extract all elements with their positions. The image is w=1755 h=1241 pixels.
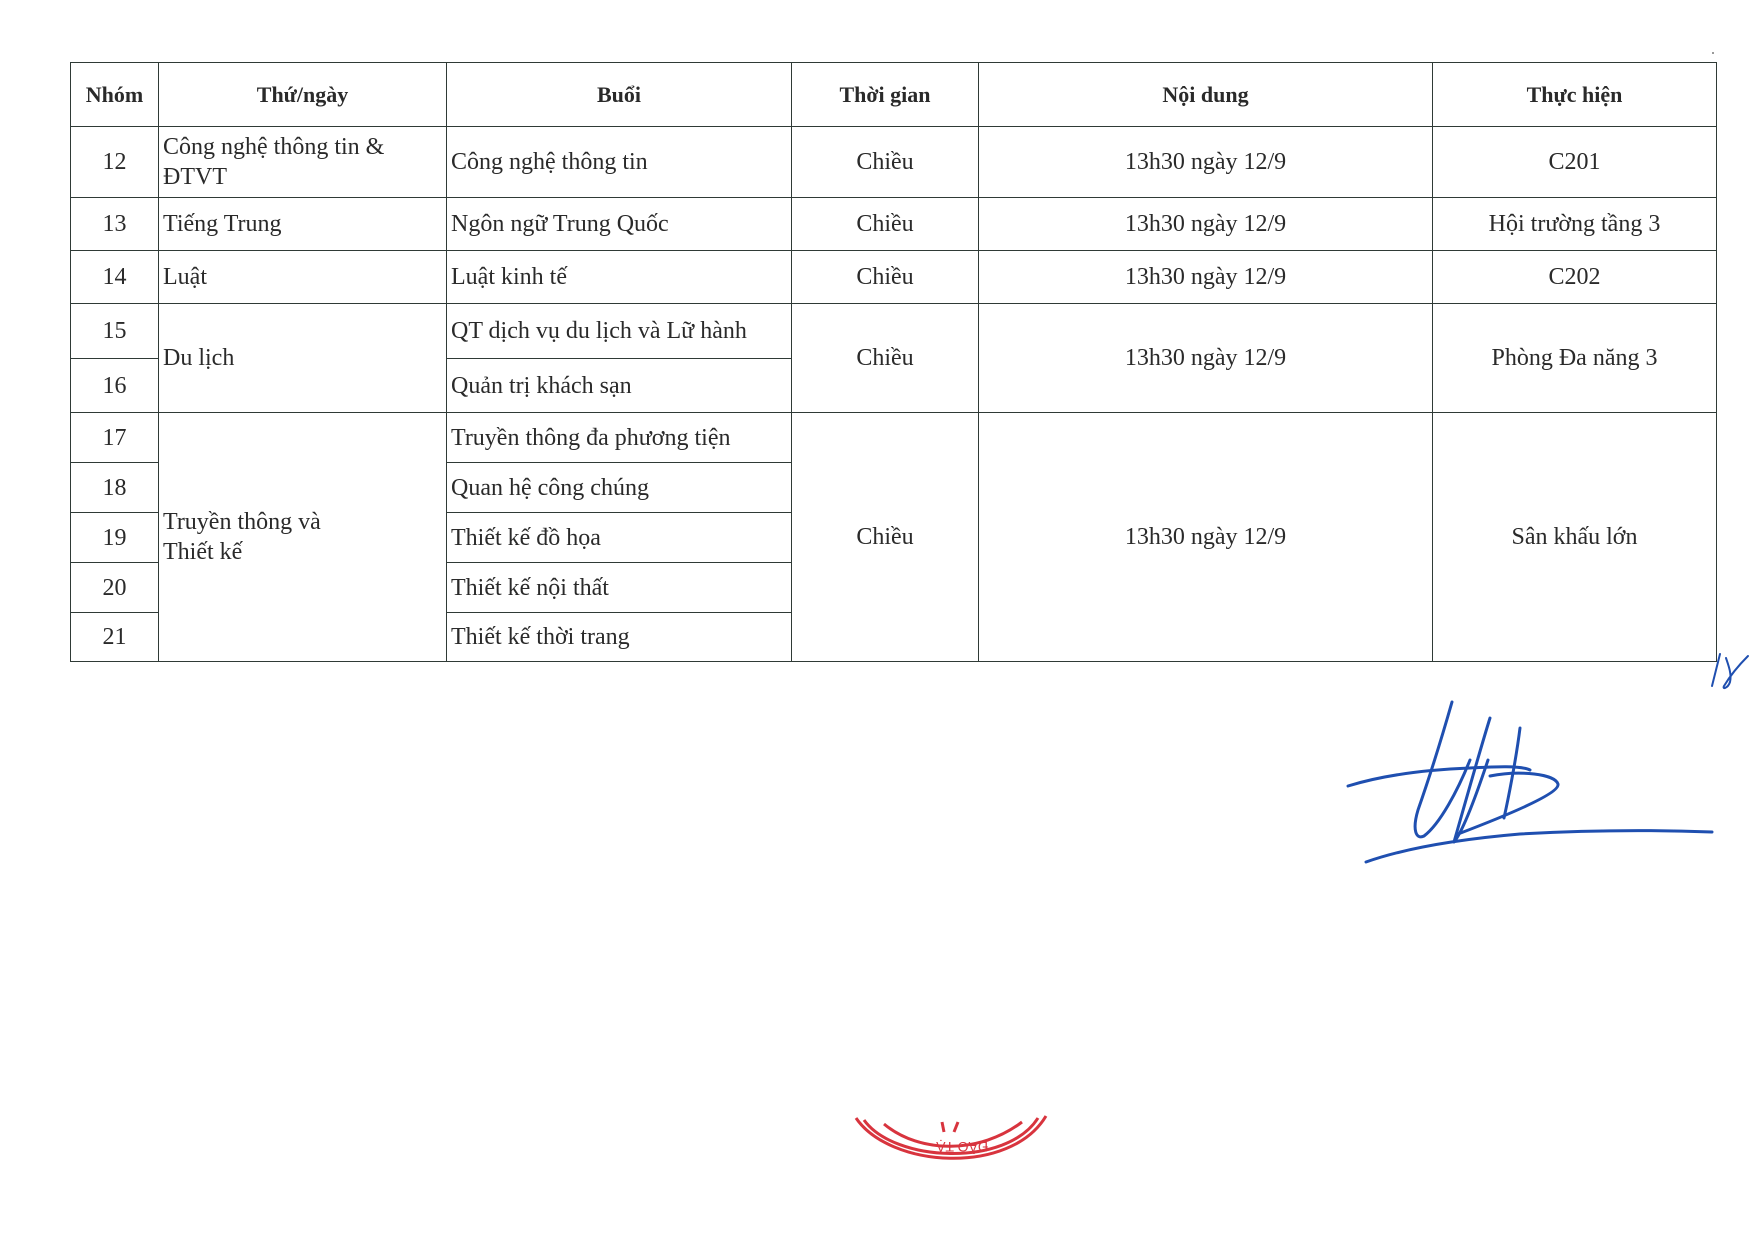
group-number: 15 (71, 304, 159, 359)
time-cell: 13h30 ngày 12/9 (979, 127, 1433, 198)
major-cell: Truyền thông đa phương tiện (447, 413, 792, 463)
group-number: 19 (71, 513, 159, 563)
time-cell: 13h30 ngày 12/9 (979, 251, 1433, 304)
table-row: 14 Luật Luật kinh tế Chiều 13h30 ngày 12… (71, 251, 1717, 304)
group-number: 20 (71, 563, 159, 613)
header-row: Nhóm Thứ/ngày Buổi Thời gian Nội dung Th… (71, 63, 1717, 127)
table-row: 12 Công nghệ thông tin & ĐTVT Công nghệ … (71, 127, 1717, 198)
signature-icon (1340, 690, 1730, 880)
group-number: 18 (71, 463, 159, 513)
header-buoi: Buổi (447, 63, 792, 127)
header-thuc-hien: Thực hiện (1433, 63, 1717, 127)
group-number: 21 (71, 613, 159, 662)
major-cell: Quản trị khách sạn (447, 359, 792, 413)
major-cell: Quan hệ công chúng (447, 463, 792, 513)
venue-cell: Hội trường tầng 3 (1433, 198, 1717, 251)
venue-cell: C201 (1433, 127, 1717, 198)
session-cell: Chiều (792, 198, 979, 251)
group-number: 13 (71, 198, 159, 251)
faculty-cell: Tiếng Trung (159, 198, 447, 251)
faculty-cell: Truyền thông và Thiết kế (159, 413, 447, 662)
session-cell: Chiều (792, 127, 979, 198)
time-cell: 13h30 ngày 12/9 (979, 198, 1433, 251)
stamp-icon: ĐÀO TẠ (850, 1110, 1050, 1180)
initials-icon (1708, 646, 1753, 691)
session-cell: Chiều (792, 251, 979, 304)
stamp-text: ĐÀO TẠ (935, 1139, 988, 1155)
group-number: 16 (71, 359, 159, 413)
time-cell: 13h30 ngày 12/9 (979, 304, 1433, 413)
faculty-cell: Luật (159, 251, 447, 304)
time-cell: 13h30 ngày 12/9 (979, 413, 1433, 662)
group-number: 14 (71, 251, 159, 304)
header-noi-dung: Nội dung (979, 63, 1433, 127)
major-cell: Công nghệ thông tin (447, 127, 792, 198)
table-row: 13 Tiếng Trung Ngôn ngữ Trung Quốc Chiều… (71, 198, 1717, 251)
table-row: 15 Du lịch QT dịch vụ du lịch và Lữ hành… (71, 304, 1717, 359)
venue-cell: C202 (1433, 251, 1717, 304)
major-cell: Ngôn ngữ Trung Quốc (447, 198, 792, 251)
faculty-cell: Công nghệ thông tin & ĐTVT (159, 127, 447, 198)
faculty-cell: Du lịch (159, 304, 447, 413)
session-cell: Chiều (792, 304, 979, 413)
scan-speck (1712, 52, 1714, 54)
venue-cell: Phòng Đa năng 3 (1433, 304, 1717, 413)
major-cell: Thiết kế đồ họa (447, 513, 792, 563)
schedule-table: Nhóm Thứ/ngày Buổi Thời gian Nội dung Th… (70, 62, 1717, 662)
major-cell: Thiết kế thời trang (447, 613, 792, 662)
table-row: 17 Truyền thông và Thiết kế Truyền thông… (71, 413, 1717, 463)
header-thu-ngay: Thứ/ngày (159, 63, 447, 127)
header-thoi-gian: Thời gian (792, 63, 979, 127)
major-cell: QT dịch vụ du lịch và Lữ hành (447, 304, 792, 359)
group-number: 17 (71, 413, 159, 463)
venue-cell: Sân khấu lớn (1433, 413, 1717, 662)
group-number: 12 (71, 127, 159, 198)
header-nhom: Nhóm (71, 63, 159, 127)
session-cell: Chiều (792, 413, 979, 662)
major-cell: Luật kinh tế (447, 251, 792, 304)
major-cell: Thiết kế nội thất (447, 563, 792, 613)
